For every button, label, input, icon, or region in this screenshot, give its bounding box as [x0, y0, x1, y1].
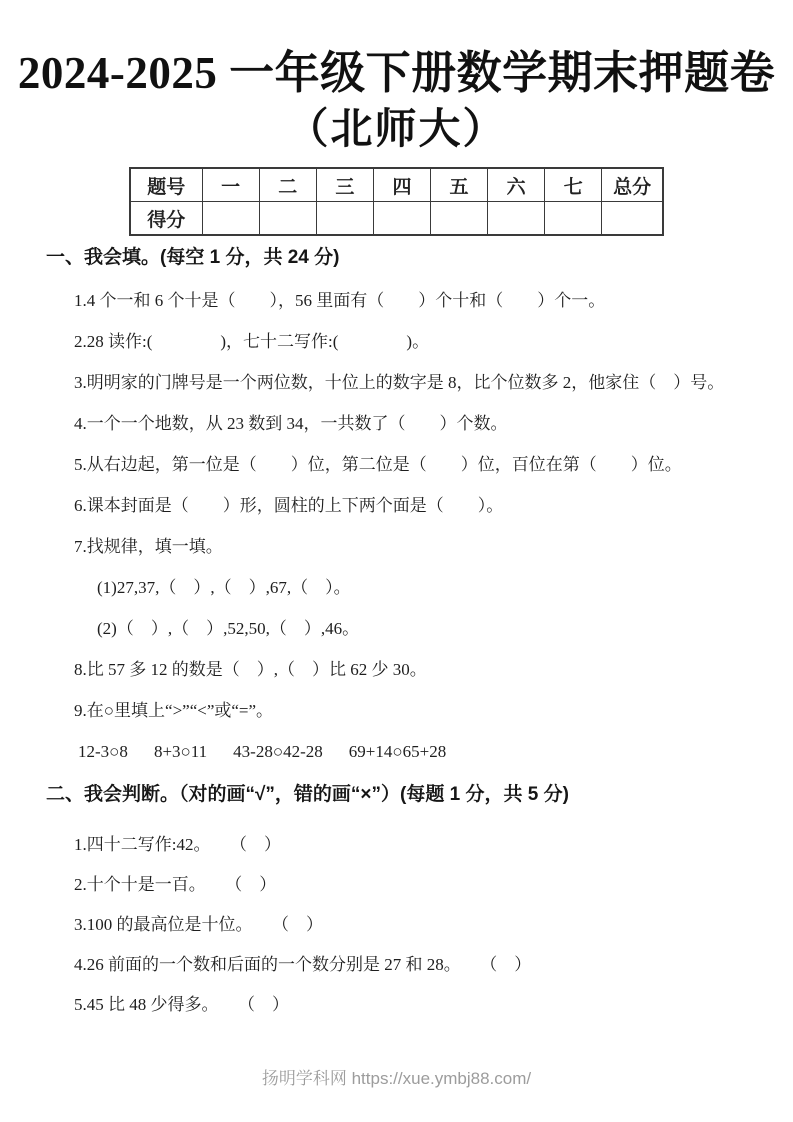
score-cell-total [602, 202, 663, 236]
score-cell-1 [202, 202, 259, 236]
comparison-item-2: 8+3○11 [154, 743, 207, 761]
score-cell-3 [316, 202, 373, 236]
judge-question-2-answer-blank: （ ） [234, 875, 277, 894]
judge-question-1-answer-blank: （ ） [238, 835, 281, 854]
score-cell-6 [488, 202, 545, 236]
judge-question-4-answer-blank: （ ） [489, 955, 532, 974]
score-table-col-7: 七 [545, 168, 602, 202]
judge-question-3-text: 3.100 的最高位是十位。 [74, 915, 253, 934]
fill-question-6: 6.课本封面是（ ）形，圆柱的上下两个面是（ ）。 [74, 497, 793, 515]
judge-question-5: 5.45 比 48 少得多。（ ） [74, 996, 793, 1014]
section-two-heading: 二、我会判断。（对的画“√”，错的画“×”）(每题 1 分，共 5 分) [46, 785, 793, 806]
judge-question-5-text: 5.45 比 48 少得多。 [74, 995, 219, 1014]
exam-paper-page: 2024-2025 一年级下册数学期末押题卷 （北师大） 题号 一 二 三 四 … [0, 0, 793, 1122]
fill-question-5: 5.从右边起，第一位是（ ）位，第二位是（ ）位，百位在第（ ）位。 [74, 456, 793, 474]
judge-question-3-answer-blank: （ ） [281, 915, 324, 934]
judge-question-3: 3.100 的最高位是十位。（ ） [74, 916, 793, 934]
page-subtitle: （北师大） [0, 106, 793, 154]
score-table-col-3: 三 [316, 168, 373, 202]
judge-question-1: 1.四十二写作:42。（ ） [74, 836, 793, 854]
fill-question-2: 2.28 读作:( )，七十二写作:( )。 [74, 333, 793, 351]
comparison-row: 12-3○8 8+3○11 43-28○42-28 69+14○65+28 [78, 743, 793, 761]
score-cell-5 [431, 202, 488, 236]
fill-question-9: 9.在○里填上“>”“<”或“=”。 [74, 702, 793, 720]
score-table-col-total: 总分 [602, 168, 663, 202]
fill-question-7-sub-2: (2)（ ）,（ ）,52,50,（ ）,46。 [97, 620, 793, 638]
comparison-item-4: 69+14○65+28 [349, 743, 446, 761]
fill-question-1: 1.4 个一和 6 个十是（ ），56 里面有（ ）个十和（ ）个一。 [74, 292, 793, 310]
score-table-col-6: 六 [488, 168, 545, 202]
score-table-question-label: 题号 [130, 168, 202, 202]
judge-question-2: 2.十个十是一百。（ ） [74, 876, 793, 894]
score-table-col-5: 五 [431, 168, 488, 202]
comparison-item-3: 43-28○42-28 [233, 743, 323, 761]
judge-question-4-text: 4.26 前面的一个数和后面的一个数分别是 27 和 28。 [74, 955, 461, 974]
footer-watermark: 扬明学科网 https://xue.ymbj88.com/ [0, 1064, 793, 1089]
comparison-item-1: 12-3○8 [78, 743, 128, 761]
footer-watermark-text: 扬明学科网 https://xue.ymbj88.com/ [262, 1069, 531, 1088]
page-title: 2024-2025 一年级下册数学期末押题卷 [0, 48, 793, 100]
score-cell-4 [373, 202, 430, 236]
score-table-score-row: 得分 [130, 202, 663, 236]
section-one-heading: 一、我会填。(每空 1 分，共 24 分) [46, 248, 793, 269]
fill-question-7-sub-1: (1)27,37,（ ）,（ ）,67,（ ）。 [97, 579, 793, 597]
score-table-col-4: 四 [373, 168, 430, 202]
score-table-score-label: 得分 [130, 202, 202, 236]
fill-question-4: 4.一个一个地数，从 23 数到 34，一共数了（ ）个数。 [74, 415, 793, 433]
score-cell-7 [545, 202, 602, 236]
judge-question-2-text: 2.十个十是一百。 [74, 875, 206, 894]
judge-question-1-text: 1.四十二写作:42。 [74, 835, 210, 854]
judge-question-4: 4.26 前面的一个数和后面的一个数分别是 27 和 28。（ ） [74, 956, 793, 974]
fill-question-7: 7.找规律，填一填。 [74, 538, 793, 556]
judge-question-5-answer-blank: （ ） [247, 995, 290, 1014]
score-table: 题号 一 二 三 四 五 六 七 总分 得分 [129, 167, 664, 236]
score-table-col-1: 一 [202, 168, 259, 202]
fill-question-3: 3.明明家的门牌号是一个两位数，十位上的数字是 8，比个位数多 2，他家住（ ）… [74, 374, 793, 392]
fill-question-8: 8.比 57 多 12 的数是（ ）,（ ）比 62 少 30。 [74, 661, 793, 679]
score-table-col-2: 二 [259, 168, 316, 202]
score-table-header-row: 题号 一 二 三 四 五 六 七 总分 [130, 168, 663, 202]
score-cell-2 [259, 202, 316, 236]
